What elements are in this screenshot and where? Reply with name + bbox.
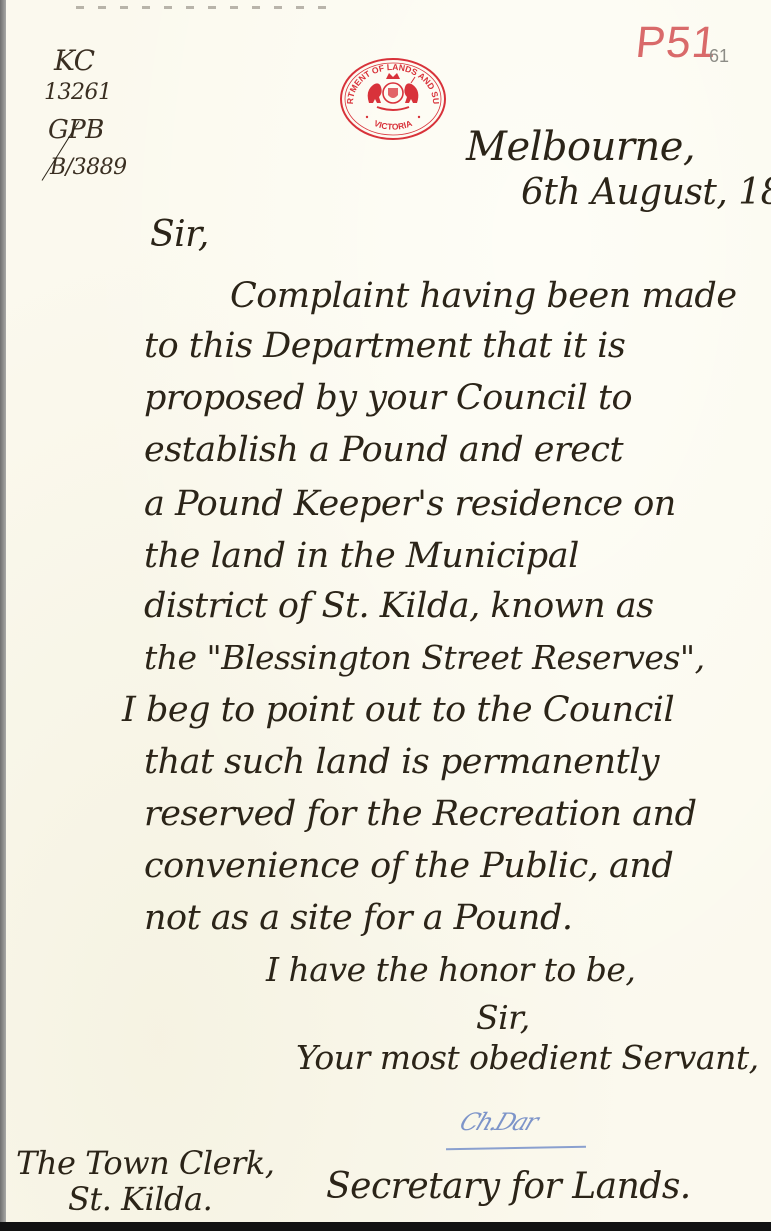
ref-note-file: B/3889	[50, 155, 127, 180]
ref-note-number: 13261	[44, 80, 112, 105]
ref-note-code: GPB	[48, 115, 104, 145]
department-seal-stamp: DEPARTMENT OF LANDS AND SURVEY VICTORIA	[339, 57, 447, 141]
body-line: I beg to point out to the Council	[122, 690, 674, 730]
body-line: a Pound Keeper's residence on	[144, 484, 676, 524]
body-line: the "Blessington Street Reserves",	[144, 638, 705, 677]
body-line: establish a Pound and erect	[144, 430, 623, 470]
body-line: district of St. Kilda, known as	[144, 586, 654, 626]
body-line: the land in the Municipal	[144, 536, 579, 576]
body-line: convenience of the Public, and	[144, 846, 673, 886]
signature-initials: Ch.Dar	[456, 1108, 541, 1136]
body-line: that such land is permanently	[144, 742, 659, 782]
letter-date: 6th August, 1883.	[521, 172, 771, 213]
svg-text:DEPARTMENT OF LANDS AND SURVEY: DEPARTMENT OF LANDS AND SURVEY	[339, 57, 441, 104]
scan-border-bottom	[0, 1222, 771, 1231]
body-line: proposed by your Council to	[144, 378, 632, 418]
addressee-line1: The Town Clerk,	[16, 1144, 274, 1182]
body-line: Complaint having been made	[230, 276, 737, 316]
salutation: Sir,	[150, 214, 209, 255]
letter-place: Melbourne,	[466, 124, 695, 170]
top-edge-smudge	[76, 6, 336, 9]
body-line: not as a site for a Pound.	[144, 898, 573, 938]
body-line: to this Department that it is	[144, 326, 625, 366]
letter-page: KC 13261 GPB B/3889 DEPARTMENT OF LANDS …	[6, 0, 771, 1222]
closing-sir: Sir,	[476, 998, 530, 1037]
signatory-title: Secretary for Lands.	[326, 1166, 691, 1207]
addressee-line2: St. Kilda.	[68, 1180, 212, 1218]
ref-note-initials: KC	[54, 44, 95, 77]
coat-of-arms-icon: DEPARTMENT OF LANDS AND SURVEY VICTORIA	[339, 57, 447, 141]
folio-pencil-mark: 61	[709, 46, 729, 67]
svg-text:VICTORIA: VICTORIA	[373, 118, 414, 132]
closing-servant: Your most obedient Servant,	[296, 1038, 759, 1077]
closing-line: I have the honor to be,	[266, 950, 635, 989]
signature-underline	[446, 1146, 586, 1150]
body-line: reserved for the Recreation and	[144, 794, 696, 834]
folio-mark: P51	[633, 18, 720, 68]
